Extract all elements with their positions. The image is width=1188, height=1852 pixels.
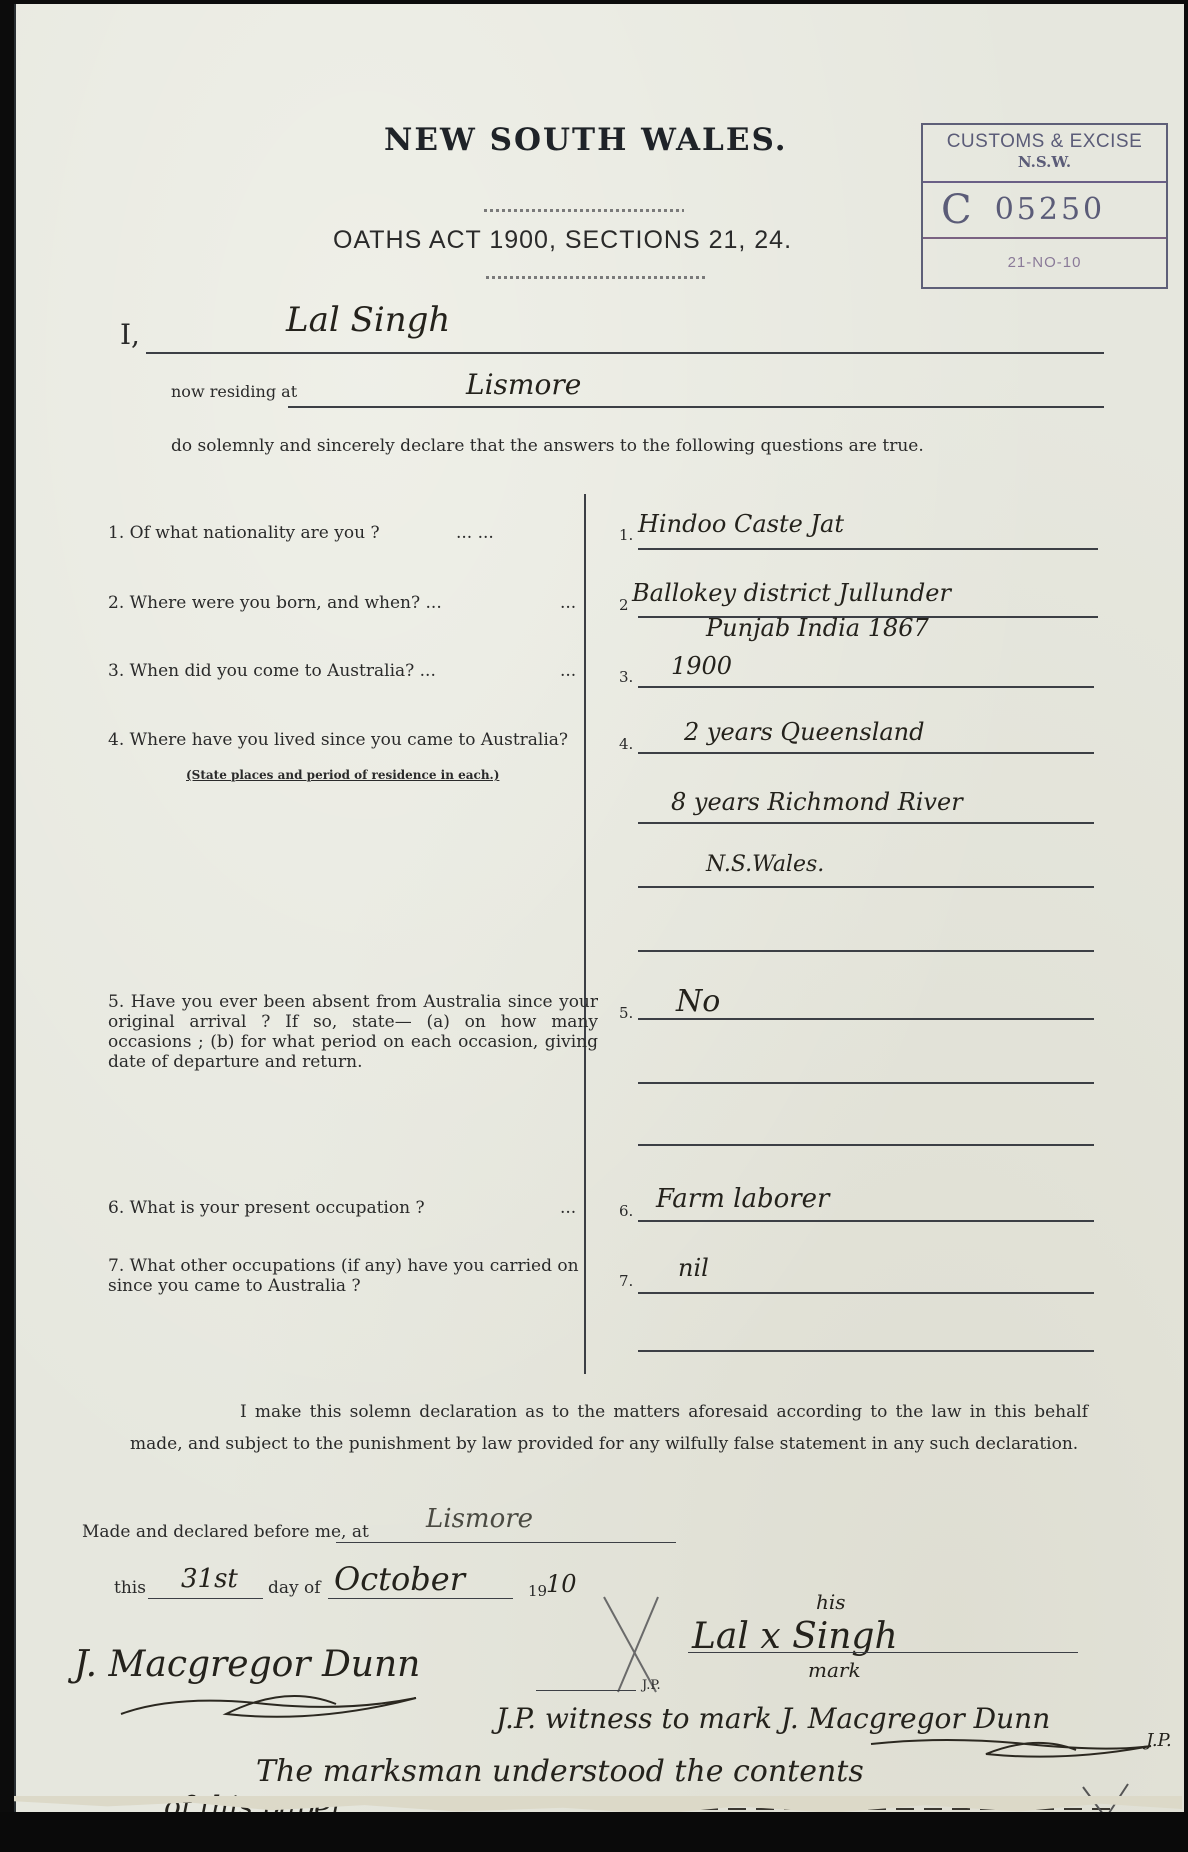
answer-1-line xyxy=(638,548,1098,550)
answer-4-rule-1 xyxy=(638,752,1094,754)
answer-5-rule-3 xyxy=(638,1144,1094,1146)
question-4: 4. Where have you lived since you came t… xyxy=(108,730,598,750)
answer-5-rule-2 xyxy=(638,1082,1094,1084)
declarant-name: Lal Singh xyxy=(286,300,450,340)
question-1: 1. Of what nationality are you ? xyxy=(108,523,380,543)
jp-label: J.P. xyxy=(642,1678,661,1693)
stamp-number-row: C 05250 xyxy=(923,183,1166,239)
marksman-note-line1: The marksman understood the contents xyxy=(256,1754,864,1789)
declaration-intro: do solemnly and sincerely declare that t… xyxy=(171,436,924,456)
answer-4-rule-3 xyxy=(638,886,1094,888)
residing-label: now residing at xyxy=(171,382,297,401)
answer-5-value: No xyxy=(676,984,720,1019)
answer-7-rule-1 xyxy=(638,1292,1094,1294)
answer-4-rule-2 xyxy=(638,822,1094,824)
stamp-date-row: 21-NO-10 xyxy=(923,239,1166,287)
this-label: this xyxy=(114,1578,146,1598)
question-5: 5. Have you ever been absent from Austra… xyxy=(108,992,598,1072)
answer-6-label: 6. xyxy=(619,1202,633,1220)
subtitle-divider xyxy=(486,276,706,279)
answer-5-rule-1 xyxy=(638,1018,1094,1020)
question-7: 7. What other occupations (if any) have … xyxy=(108,1256,598,1296)
answer-3-value: 1900 xyxy=(671,652,732,680)
answer-2-label: 2 xyxy=(619,596,629,614)
day-line xyxy=(148,1598,263,1599)
answer-4-rule-4 xyxy=(638,950,1094,952)
month-line xyxy=(328,1598,513,1599)
question-3-leader: ... xyxy=(560,661,576,681)
declarant-mark-signature: Lal x Singh xyxy=(692,1616,898,1657)
mark-his-label: his xyxy=(816,1590,846,1614)
jp-signature: J. Macgregor Dunn xyxy=(74,1644,420,1685)
answer-4-line1: 2 years Queensland xyxy=(684,718,925,746)
answer-7-rule-2 xyxy=(638,1350,1094,1352)
declared-place: Lismore xyxy=(426,1504,533,1534)
stamp-number: 05250 xyxy=(995,192,1105,227)
jp-flourish-icon xyxy=(116,1684,536,1724)
title-divider xyxy=(484,209,684,212)
year-prefix: 19 xyxy=(528,1582,547,1600)
declaration-form-page: NEW SOUTH WALES. OATHS ACT 1900, SECTION… xyxy=(14,4,1184,1812)
declared-month: October xyxy=(334,1560,465,1598)
answer-6-value: Farm laborer xyxy=(656,1184,829,1214)
answer-7-label: 7. xyxy=(619,1272,633,1290)
question-4-note: (State places and period of residence in… xyxy=(186,768,499,782)
question-1-leader: ... ... xyxy=(456,523,494,543)
residence-value: Lismore xyxy=(466,368,581,401)
question-2: 2. Where were you born, and when? ... xyxy=(108,593,442,613)
stamp-line1: CUSTOMS & EXCISE xyxy=(923,125,1166,153)
answer-3-label: 3. xyxy=(619,668,633,686)
answer-4-line3: N.S.Wales. xyxy=(706,852,824,877)
declared-day: 31st xyxy=(181,1564,238,1594)
stamp-line2: N.S.W. xyxy=(923,153,1166,171)
residence-line xyxy=(288,406,1104,408)
year-suffix: 10 xyxy=(546,1570,577,1598)
answer-2-line1: Ballokey district Jullunder xyxy=(632,579,951,607)
question-2-leader: ... xyxy=(560,593,576,613)
day-of-label: day of xyxy=(268,1578,321,1598)
jp-line xyxy=(536,1690,636,1691)
name-line xyxy=(146,352,1104,354)
question-3: 3. When did you come to Australia? ... xyxy=(108,661,436,681)
answer-7-value: nil xyxy=(678,1254,709,1282)
mark-signature-line xyxy=(688,1652,1078,1653)
answer-3-line xyxy=(638,686,1094,688)
scan-background-bottom xyxy=(0,1812,1188,1852)
answer-5-label: 5. xyxy=(619,1004,633,1022)
made-declared-label: Made and declared before me, at xyxy=(82,1522,369,1542)
column-divider xyxy=(584,494,586,1374)
question-6: 6. What is your present occupation ? xyxy=(108,1198,425,1218)
place-line xyxy=(336,1542,676,1543)
solemn-declaration-paragraph: I make this solemn declaration as to the… xyxy=(130,1396,1088,1460)
answer-1-value: Hindoo Caste Jat xyxy=(638,510,844,538)
answer-2-line2: Punjab India 1867 xyxy=(706,614,929,642)
declarant-prefix: I, xyxy=(120,318,140,351)
stamp-date: 21-NO-10 xyxy=(1008,254,1082,271)
witness-flourish-icon xyxy=(866,1734,1156,1764)
stamp-header: CUSTOMS & EXCISE N.S.W. xyxy=(923,125,1166,183)
page-title: NEW SOUTH WALES. xyxy=(384,122,788,158)
page-subtitle: OATHS ACT 1900, SECTIONS 21, 24. xyxy=(333,226,792,255)
answer-4-label: 4. xyxy=(619,735,633,753)
witness-statement: J.P. witness to mark J. Macgregor Dunn xyxy=(496,1702,1050,1735)
customs-stamp: CUSTOMS & EXCISE N.S.W. C 05250 21-NO-10 xyxy=(921,123,1168,289)
answer-6-line xyxy=(638,1220,1094,1222)
mark-label: mark xyxy=(808,1658,861,1682)
answer-1-label: 1. xyxy=(619,526,633,544)
answer-4-line2: 8 years Richmond River xyxy=(671,788,963,816)
stamp-number-prefix: C xyxy=(941,187,972,233)
question-6-leader: ... xyxy=(560,1198,576,1218)
